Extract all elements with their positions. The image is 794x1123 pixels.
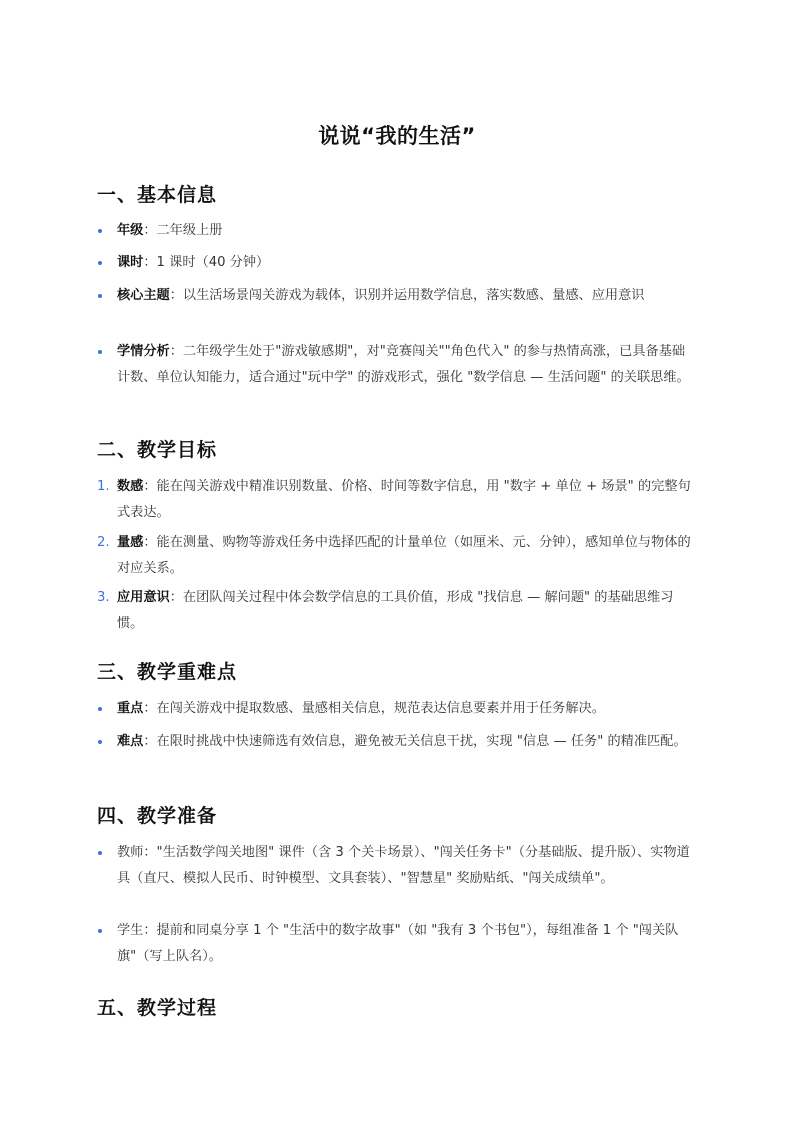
list-item: 教师："生活数学闯关地图" 课件（含 3 个关卡场景）、"闯关任务卡"（分基础版… (97, 840, 697, 892)
list-item: 课时：1 课时（40 分钟） (97, 250, 697, 276)
list-item: 学情分析：二年级学生处于"游戏敏感期"，对"竞赛闯关""角色代入" 的参与热情高… (97, 339, 697, 391)
section-heading-objectives: 二、教学目标 (97, 435, 217, 462)
bullet-icon (98, 229, 102, 233)
bullet-icon (98, 740, 102, 744)
bullet-icon (98, 929, 102, 933)
bullet-icon (98, 350, 102, 354)
bullet-icon (98, 261, 102, 265)
bullet-icon (98, 851, 102, 855)
section-heading-preparation: 四、教学准备 (97, 801, 217, 828)
section-heading-key-points: 三、教学重难点 (97, 657, 237, 684)
list-item: 核心主题：以生活场景闯关游戏为载体，识别并运用数学信息，落实数感、量感、应用意识 (97, 283, 697, 309)
list-item: 学生：提前和同桌分享 1 个 "生活中的数字故事"（如 "我有 3 个书包"），… (97, 918, 697, 970)
list-item: 重点：在闯关游戏中提取数感、量感相关信息，规范表达信息要素并用于任务解决。 (97, 696, 697, 722)
list-item: 年级：二年级上册 (97, 218, 697, 244)
list-item: 1.数感：能在闯关游戏中精准识别数量、价格、时间等数字信息，用 "数字 + 单位… (97, 474, 697, 526)
section-heading-process: 五、教学过程 (97, 993, 217, 1020)
list-item: 2.量感：能在测量、购物等游戏任务中选择匹配的计量单位（如厘米、元、分钟），感知… (97, 530, 697, 582)
list-item: 3.应用意识：在团队闯关过程中体会数学信息的工具价值，形成 "找信息 — 解问题… (97, 585, 697, 637)
document-title: 说说“我的生活” (97, 120, 697, 150)
section-heading-basic-info: 一、基本信息 (97, 180, 217, 207)
bullet-icon (98, 294, 102, 298)
bullet-icon (98, 707, 102, 711)
list-item: 难点：在限时挑战中快速筛选有效信息，避免被无关信息干扰，实现 "信息 — 任务"… (97, 729, 697, 755)
